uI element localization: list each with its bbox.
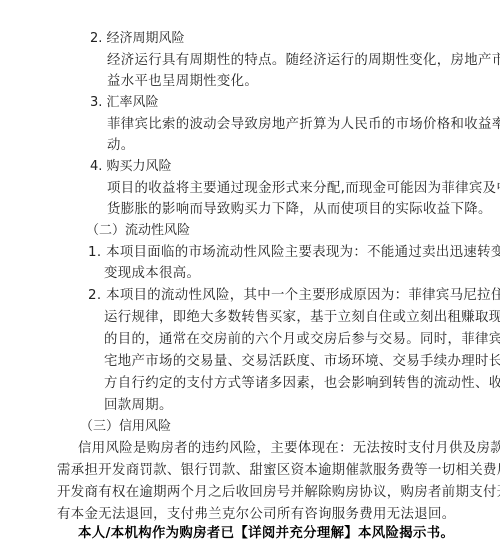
list-item-line: 运行规律，即绝大多数转售买家，基于立刻自住或立刻出租赚取现金流回报 (104, 310, 500, 326)
paragraph-line: 项目的收益将主要通过现金形式来分配,而现金可能因为菲律宾及中国的通 (107, 181, 500, 197)
paragraph-line: 有本金无法退回，支付弗兰克尔公司所有咨询服务费用无法退回。 (57, 507, 455, 523)
list-item-line: 2. 本项目的流动性风险，其中一个主要形成原因为：菲律宾马尼拉住宅市场的 (88, 288, 500, 304)
paragraph-line: 经济运行具有周期性的特点。随经济运行的周期性变化，房地产市场的收 (107, 53, 500, 69)
section-heading-purchasing-power: 4. 购买力风险 (90, 159, 172, 175)
section-heading-credit: （三）信用风险 (80, 419, 171, 435)
paragraph-line: 菲律宾比索的波动会导致房地产折算为人民币的市场价格和收益率发生变 (107, 117, 500, 133)
section-heading-exchange-rate: 3. 汇率风险 (90, 95, 159, 111)
paragraph-line: 动。 (107, 138, 134, 154)
section-heading-liquidity: （二）流动性风险 (86, 223, 190, 239)
section-heading-economic-cycle: 2. 经济周期风险 (90, 31, 185, 47)
paragraph-line: 开发商有权在逾期两个月之后收回房号并解除购房协议，购房者前期支付开发商的所 (57, 485, 500, 501)
paragraph-line: 益水平也呈周期性变化。 (107, 74, 258, 90)
paragraph-line: 需承担开发商罚款、银行罚款、甜蜜区资本逾期催款服务费等一切相关费用。同时， (57, 463, 500, 479)
list-item-line: 1. 本项目面临的市场流动性风险主要表现为：不能通过卖出迅速转变成现金或 (88, 245, 500, 261)
list-item-line: 回款周期。 (104, 398, 173, 414)
list-item-line: 宅地产市场的交易量、交易活跃度、市场环境、交易手续办理时长、买卖双 (104, 354, 500, 370)
list-item-line: 的目的，通常在交房前的六个月或交房后参与交易。同时，菲律宾马尼拉住 (104, 332, 500, 348)
paragraph-line: 货膨胀的影响而导致购买力下降，从而使项目的实际收益下降。 (107, 202, 492, 218)
list-item-line: 变现成本很高。 (104, 266, 200, 282)
list-item-line: 方自行约定的支付方式等诸多因素，也会影响到转售的流动性、收益水平、 (104, 376, 500, 392)
paragraph-line: 信用风险是购房者的违约风险，主要体现在：无法按时支付月供及房款，购房者 (78, 441, 500, 457)
acknowledgement-statement: 本人/本机构作为购房者已【详阅并充分理解】本风险揭示书。 (78, 526, 454, 542)
